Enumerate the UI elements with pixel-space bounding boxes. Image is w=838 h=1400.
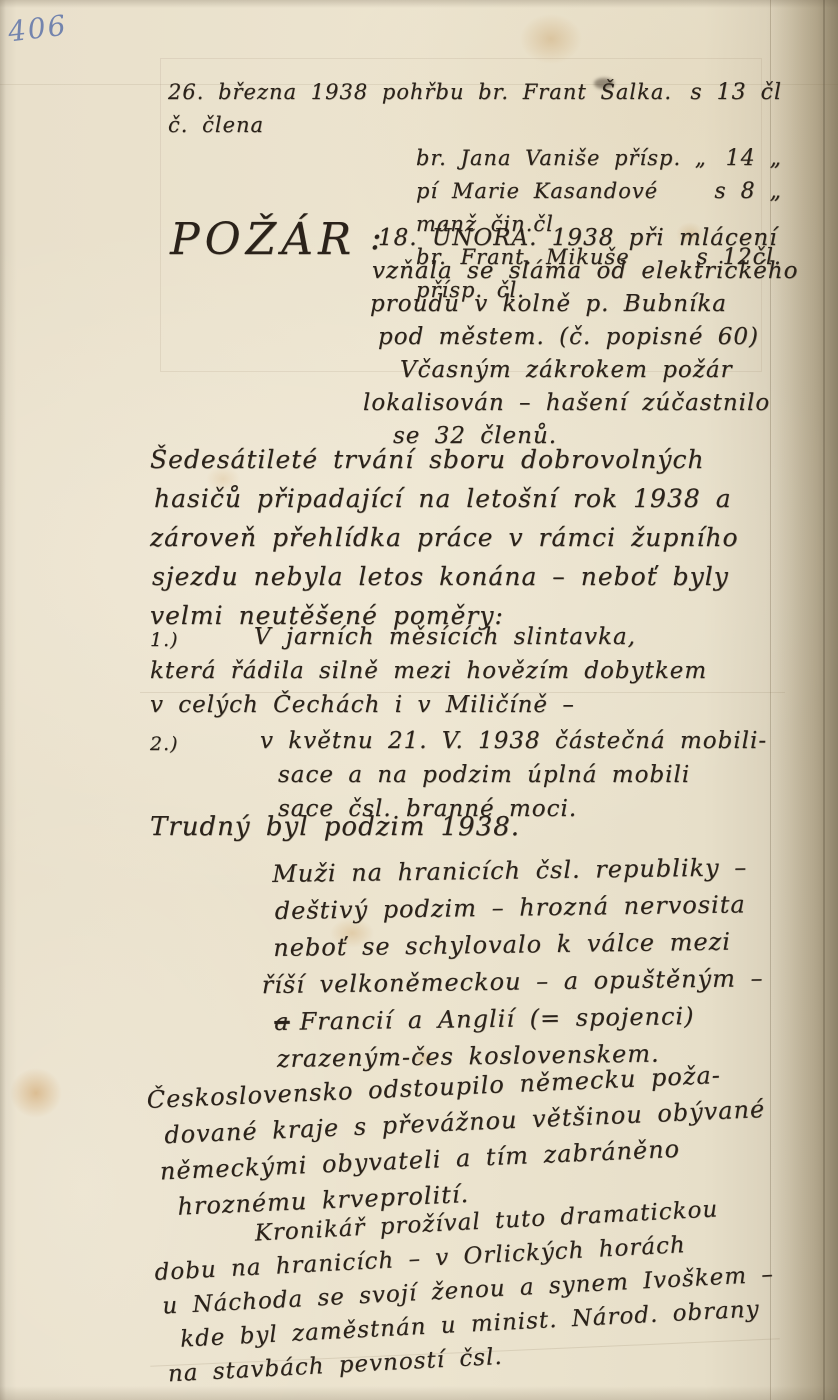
item-marker: 1.): [150, 623, 179, 657]
handwritten-line: sjezdu nebyla letos konána – neboť byly: [152, 557, 739, 596]
handwritten-line: lokalisován – hašení zúčastnilo: [363, 387, 818, 420]
paper-stain: [520, 14, 582, 64]
record-text: 26. března 1938 pohřbu br. Frant Šalka. …: [168, 76, 690, 142]
list-item: 1.) V jarních měsících slintavka, která …: [150, 620, 767, 722]
crossed-out-word: a: [274, 1008, 290, 1036]
autumn-paragraph: Muži na hranicích čsl. republiky – dešti…: [272, 849, 765, 1078]
page-edge-line: [823, 0, 825, 1400]
handwritten-line: proudu v kolně p. Bubníka: [370, 288, 818, 321]
fire-heading: POŽÁR: [170, 214, 356, 266]
handwritten-line: v květnu 21. V. 1938 částečná mobili-: [260, 724, 767, 758]
autumn-1938-section: Trudný byl podzim 1938. Muži na hranicíc…: [150, 812, 762, 1078]
record-line: br. Jana Vaniše přísp. „ 14 „: [416, 142, 782, 175]
record-count: s 13 čl: [690, 76, 782, 142]
reasons-list: 1.) V jarních měsících slintavka, která …: [150, 620, 767, 826]
handwritten-line: pod městem. (č. popisné 60): [378, 321, 818, 354]
list-item: 2.) v květnu 21. V. 1938 částečná mobili…: [150, 724, 767, 826]
item-marker: 2.): [150, 727, 179, 761]
handwritten-line: sace a na podzim úplná mobili: [278, 758, 767, 792]
handwritten-line: v celých Čechách i v Miličíně –: [150, 688, 767, 722]
handwritten-line: 18. ÚNORA. 1938 při mlácení: [378, 222, 818, 255]
handwritten-line: Včasným zákrokem požár: [400, 354, 818, 387]
record-line: 26. března 1938 pohřbu br. Frant Šalka. …: [168, 76, 782, 142]
paper-stain: [10, 1068, 62, 1118]
fire-heading-row: POŽÁR :: [170, 214, 383, 266]
fire-report: POŽÁR : 18. ÚNORA. 1938 při mlácení vzňa…: [170, 214, 383, 266]
handwritten-line: zároveň přehlídka práce v rámci župního: [150, 518, 739, 557]
record-count: 14 „: [726, 142, 782, 175]
handwritten-line: která řádila silně mezi hovězím dobytkem: [150, 654, 767, 688]
record-text: br. Jana Vaniše přísp. „: [416, 142, 707, 175]
page-number: 406: [6, 9, 69, 49]
page-edge-left: [0, 0, 6, 1400]
handwritten-line: Šedesátileté trvání sboru dobrovolných: [150, 440, 739, 479]
handwritten-line: V jarních měsících slintavka,: [254, 620, 767, 654]
chronicler-paragraph: Kronikář prožíval tuto dramatickou dobu …: [152, 1190, 778, 1392]
page-edge-top: [0, 0, 838, 8]
handwritten-line: vzňala se sláma od elektrického: [372, 255, 818, 288]
anniversary-paragraph: Šedesátileté trvání sboru dobrovolných h…: [150, 440, 739, 635]
chronicle-page: 406 26. března 1938 pohřbu br. Frant Šal…: [0, 0, 838, 1400]
section-heading: Trudný byl podzim 1938.: [150, 812, 762, 842]
line-text: Francií a Anglií (= spojenci): [299, 1002, 694, 1036]
handwritten-line: aFrancií a Anglií (= spojenci): [274, 997, 764, 1041]
handwritten-line: hasičů připadající na letošní rok 1938 a: [154, 479, 739, 518]
fire-paragraph: 18. ÚNORA. 1938 při mlácení vzňala se sl…: [358, 222, 818, 453]
page-edge-bottom: [0, 1386, 838, 1400]
